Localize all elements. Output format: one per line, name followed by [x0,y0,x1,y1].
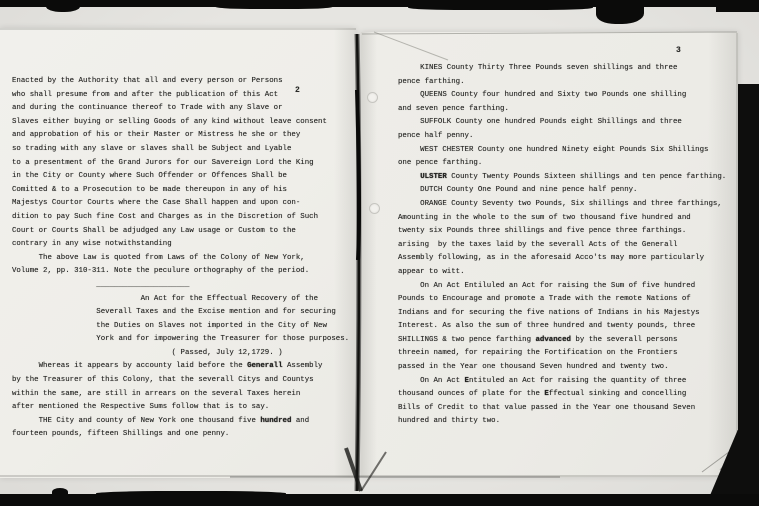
text-line: ORANGE County Seventy two Pounds, Six sh… [398,198,738,212]
film-edge-blob [52,488,68,496]
text-line: An Act for the Effectual Recovery of the [12,293,356,307]
film-edge-blob [408,0,593,10]
text-line: arising by the taxes laid by the several… [398,239,738,253]
text-line: THE City and county of New York one thou… [12,415,356,429]
text-line: The above Law is quoted from Laws of the… [12,252,356,266]
punch-hole [367,92,378,103]
left-page-text: Enacted by the Authority that all and ev… [12,75,356,442]
text-line: pence half penny. [398,130,738,144]
text-line: DUTCH County One Pound and nine pence ha… [398,184,738,198]
text-line: Interest. As also the sum of three hundr… [398,320,738,334]
text-line: Bills of Credit to that value passed in … [398,402,738,416]
text-line: in the City or County where Such Offende… [12,170,356,184]
text-line: ULSTER County Twenty Pounds Sixteen shil… [398,171,738,185]
text-line: On An Act Entiluled an Act for raising t… [398,280,738,294]
text-line: thousand ounces of plate for the Effectu… [398,388,738,402]
film-edge-blob [716,0,759,12]
text-line: QUEENS County four hundred and Sixty two… [398,89,738,103]
text-line: one pence farthing. [398,157,738,171]
text-line: after mentioned the Respective Sums foll… [12,401,356,415]
document-photo: 2 Enacted by the Authority that all and … [0,0,759,506]
text-line: dition to pay Such fine Cost and Charges… [12,211,356,225]
text-line: Whereas it appears by accounty laid befo… [12,360,356,374]
film-edge-blob [596,0,644,24]
text-line: passed in the Year one thousand Seven hu… [398,361,738,375]
text-line: Severall Taxes and the Excise mention an… [12,306,356,320]
text-line: and approbation of his or their Master o… [12,129,356,143]
text-line: Slaves either buying or selling Goods of… [12,116,356,130]
text-line: Indians and for securing the five nation… [398,307,738,321]
text-line: York and for impowering the Treasurer fo… [12,333,356,347]
film-edge-blob [214,0,334,9]
text-line: the Duties on Slaves not imported in the… [12,320,356,334]
film-edge-blob [46,0,80,12]
right-page-number: 3 [676,46,681,55]
film-edge-top [0,0,759,7]
text-line: Amounting in the whole to the sum of two… [398,212,738,226]
text-line: by the Treasurer of this Colony, that th… [12,374,356,388]
text-line: Enacted by the Authority that all and ev… [12,75,356,89]
text-line: twenty six Pounds three shillings and fi… [398,225,738,239]
punch-hole [369,203,380,214]
text-line: Assembly following, as in the aforesaid … [398,252,738,266]
text-line: KINES County Thirty Three Pounds seven s… [398,62,738,76]
text-line: and seven pence farthing. [398,103,738,117]
text-line: SUFFOLK County one hundred Pounds eight … [398,116,738,130]
text-line: hundred and thirty two. [398,415,738,429]
text-line: SHILLINGS & two pence farthing advanced … [398,334,738,348]
text-line: threein named, for repairing the Fortifi… [398,347,738,361]
text-line: Pounds to Encourage and promote a Trade … [398,293,738,307]
film-edge-blob [96,491,286,497]
text-line: within the same, are still in arrears on… [12,388,356,402]
text-line: appear to witt. [398,266,738,280]
text-line: WEST CHESTER County one hundred Ninety e… [398,144,738,158]
text-line: and during the continuance thereof to Tr… [12,102,356,116]
text-line: contrary in any wise notwithstanding [12,238,356,252]
text-line: so trading with any slave or slaves shal… [12,143,356,157]
text-line: On An Act Entituled an Act for raising t… [398,375,738,389]
text-line: Comitted & to a Prosecution to be made t… [12,184,356,198]
text-line: Volume 2, pp. 310-311. Note the peculure… [12,265,356,279]
text-line: pence farthing. [398,76,738,90]
text-line: _____________________ [12,279,356,293]
text-line: fourteen pounds, fifteen Shillings and o… [12,428,356,442]
text-line: Court or Courts Shall be adjudged any La… [12,225,356,239]
right-page-text: KINES County Thirty Three Pounds seven s… [398,62,738,429]
text-line: ( Passed, July 12,1729. ) [12,347,356,361]
text-line: who shall presume from and after the pub… [12,89,356,103]
text-line: Majestys Courtor Courts where the Case S… [12,197,356,211]
text-line: to a presentment of the Grand Jurors for… [12,157,356,171]
